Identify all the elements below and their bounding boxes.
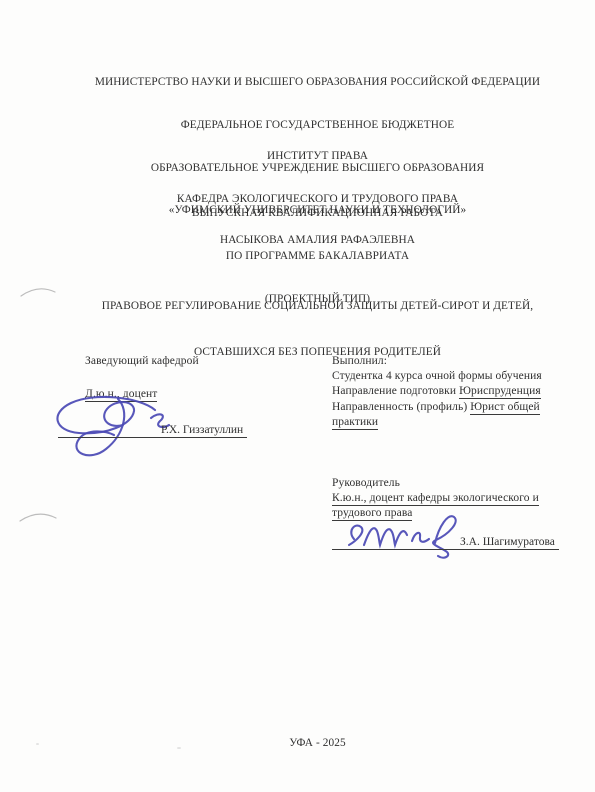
scan-artifact-arc-2 <box>18 507 60 527</box>
institute-name: ИНСТИТУТ ПРАВА <box>45 149 590 163</box>
head-signature-line <box>58 423 157 438</box>
footer-city-year: УФА - 2025 <box>45 736 590 750</box>
header-line-1: МИНИСТЕРСТВО НАУКИ И ВЫСШЕГО ОБРАЗОВАНИЯ… <box>45 75 590 89</box>
work-type-line-1: ВЫПУСКНАЯ КВАЛИФИКАЦИОННАЯ РАБОТА <box>45 206 590 220</box>
profile-value-1: Юрист общей <box>470 401 540 415</box>
direction-value: Юриспруденция <box>459 385 541 399</box>
work-type-line-2: ПО ПРОГРАММЕ БАКАЛАВРИАТА <box>45 249 590 263</box>
scan-speck-1 <box>36 743 39 745</box>
supervisor-block: Руководитель К.ю.н., доцент кафедры экол… <box>332 476 588 522</box>
supervisor-degree-text-1: К.ю.н., доцент кафедры экологического и <box>332 492 539 506</box>
supervisor-degree-text-2: трудового права <box>332 507 412 521</box>
performer-label: Выполнил: <box>332 354 584 369</box>
thesis-title-page: МИНИСТЕРСТВО НАУКИ И ВЫСШЕГО ОБРАЗОВАНИЯ… <box>0 0 595 792</box>
head-name: Р.Х. Гиззатуллин <box>157 424 247 438</box>
supervisor-degree-line-2: трудового права <box>332 506 588 521</box>
thesis-title-line-1: ПРАВОВОЕ РЕГУЛИРОВАНИЕ СОЦИАЛЬНОЙ ЗАЩИТЫ… <box>45 299 590 314</box>
supervisor-degree-line-1: К.ю.н., доцент кафедры экологического и <box>332 491 588 506</box>
performer-block: Выполнил: Студентка 4 курса очной формы … <box>332 354 584 430</box>
performer-profile-line-2: практики <box>332 415 584 430</box>
performer-direction-line: Направление подготовки Юриспруденция <box>332 384 584 399</box>
profile-prefix: Направленность (профиль) <box>332 401 470 413</box>
head-degree-text: Д.ю.н., доцент <box>85 388 157 402</box>
supervisor-signature-line <box>332 535 456 550</box>
author-name: НАСЫКОВА АМАЛИЯ РАФАЭЛЕВНА <box>45 233 590 247</box>
head-role-label: Заведующий кафедрой <box>85 354 315 369</box>
scan-speck-2 <box>177 747 181 749</box>
performer-profile-line: Направленность (профиль) Юрист общей <box>332 400 584 415</box>
head-degree: Д.ю.н., доцент <box>85 387 315 402</box>
profile-value-2: практики <box>332 416 378 430</box>
supervisor-label: Руководитель <box>332 476 588 491</box>
direction-prefix: Направление подготовки <box>332 385 459 397</box>
supervisor-name: З.А. Шагимуратова <box>456 536 559 550</box>
performer-course-line: Студентка 4 курса очной формы обучения <box>332 369 584 384</box>
supervisor-signature-row: З.А. Шагимуратова <box>332 535 559 550</box>
head-signature-row: Р.Х. Гиззатуллин <box>58 423 247 438</box>
